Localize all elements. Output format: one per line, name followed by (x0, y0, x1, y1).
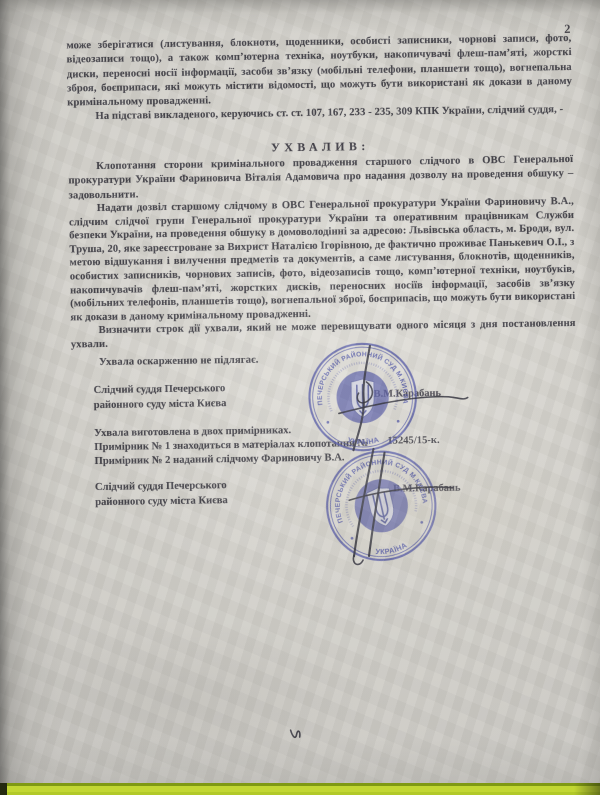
court-seal-stamp-1: ПЕЧЕРСЬКИЙ РАЙОННИЙ СУД М.КИЄВА УКРАЇНА (305, 339, 421, 455)
scan-strip (0, 783, 600, 795)
seal-separator-dot (420, 521, 423, 524)
paragraph-search-permission: Надати дозвіл старшому слідчому в ОВС Ге… (69, 195, 576, 325)
judge-title-line2: районного суду міста Києва (94, 396, 227, 413)
scan-strip-right-corner (574, 783, 600, 795)
seal-separator-dot (327, 421, 330, 424)
judge-signature-block-1: Слідчий суддя Печерського районного суду… (93, 381, 226, 413)
handwritten-mark (291, 730, 300, 737)
document-page: 2 може зберігатися (листування, блокноти… (0, 0, 600, 795)
court-seal-stamp-2: ПЕЧЕРСЬКИЙ РАЙОННИЙ СУД М.КИЄВА УКРАЇНА (312, 436, 451, 575)
document-photo: 2 може зберігатися (листування, блокноти… (0, 0, 600, 795)
judge-title-line2: районного суду міста Києва (95, 493, 228, 510)
judge-signature-block-2: Слідчий суддя Печерського районного суду… (95, 478, 228, 510)
seal-separator-dot (350, 537, 353, 540)
scan-strip-left-corner (0, 783, 7, 795)
seal-separator-dot (397, 420, 400, 423)
paragraph-seizable-items: може зберігатися (листування, блокноти, … (66, 32, 572, 111)
